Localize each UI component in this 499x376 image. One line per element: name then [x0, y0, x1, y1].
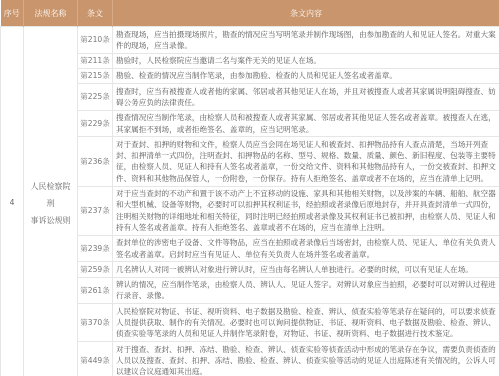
regulation-table: 序号 法规名称 条文 条文内容 4 人民检察院刑 事诉讼规则 第210条 勘查现… [0, 0, 499, 376]
article-content: 搜查情况应当制作笔录，由检察人员和被搜查人或者其家属、邻居或者其他见证人签名或者… [113, 110, 499, 137]
article-number: 第211条 [78, 53, 113, 68]
article-number: 第239条 [78, 235, 113, 262]
article-number: 第225条 [78, 84, 113, 111]
header-content: 条文内容 [113, 0, 499, 27]
header-article: 条文 [78, 0, 113, 27]
article-number: 第370条 [78, 304, 113, 342]
article-number: 第449条 [78, 342, 113, 376]
article-content: 对于应当查封的不动产和置于该不动产上不宜移动的设施、家具和其他相关财物，以及涉案… [113, 186, 499, 235]
row-index: 4 [1, 27, 24, 376]
article-content: 搜查时，应当有被搜查人或者他的家属、邻居或者其他见证人在场，并且对被搜查人或者其… [113, 84, 499, 111]
header-index: 序号 [1, 0, 24, 27]
article-content: 对于查封、扣押的财物和文件，检察人员应当会同在场见证人和被查封、扣押物品持有人查… [113, 137, 499, 186]
article-number: 第237条 [78, 186, 113, 235]
article-content: 勘验、检查的情况应当制作笔录，由参加勘验、检查的人员和见证人签名或者盖章。 [113, 68, 499, 83]
article-content: 对于搜查、查封、扣押、冻结、勘验、检查、辨认、侦查实验等侦查活动中形成的笔录存在… [113, 342, 499, 376]
table-row: 4 人民检察院刑 事诉讼规则 第210条 勘查现场，应当拍摄现场照片，勘查的情况… [1, 27, 499, 54]
law-name-line1: 人民检察院刑 [27, 178, 74, 212]
article-content: 勘验时，人民检察院应当邀请二名与案件无关的见证人在场。 [113, 53, 499, 68]
law-name: 人民检察院刑 事诉讼规则 [24, 27, 78, 376]
header-law-name: 法规名称 [24, 0, 78, 27]
law-name-line2: 事诉讼规则 [27, 212, 74, 229]
article-number: 第261条 [78, 277, 113, 304]
article-content: 几名辨认人对同一被辨认对象进行辨认时，应当由每名辨认人单独进行。必要的时候，可以… [113, 262, 499, 277]
article-number: 第229条 [78, 110, 113, 137]
article-number: 第215条 [78, 68, 113, 83]
article-content: 人民检察院对物证、书证、视听资料、电子数据及勘验、检查、辨认、侦查实验等笔录存在… [113, 304, 499, 342]
table-header-row: 序号 法规名称 条文 条文内容 [1, 0, 499, 27]
article-number: 第236条 [78, 137, 113, 186]
article-number: 第259条 [78, 262, 113, 277]
article-content: 勘查现场，应当拍摄现场照片，勘查的情况应当写明笔录并制作现场图，由参加勘查的人和… [113, 27, 499, 54]
article-number: 第210条 [78, 27, 113, 54]
article-content: 查封单位的涉密电子设备、文件等物品，应当在拍照或者录像后当场密封，由检察人员、见… [113, 235, 499, 262]
article-content: 辨认的情况，应当制作笔录，由检察人员、辨认人、见证人签字。对辨认对象应当拍照，必… [113, 277, 499, 304]
